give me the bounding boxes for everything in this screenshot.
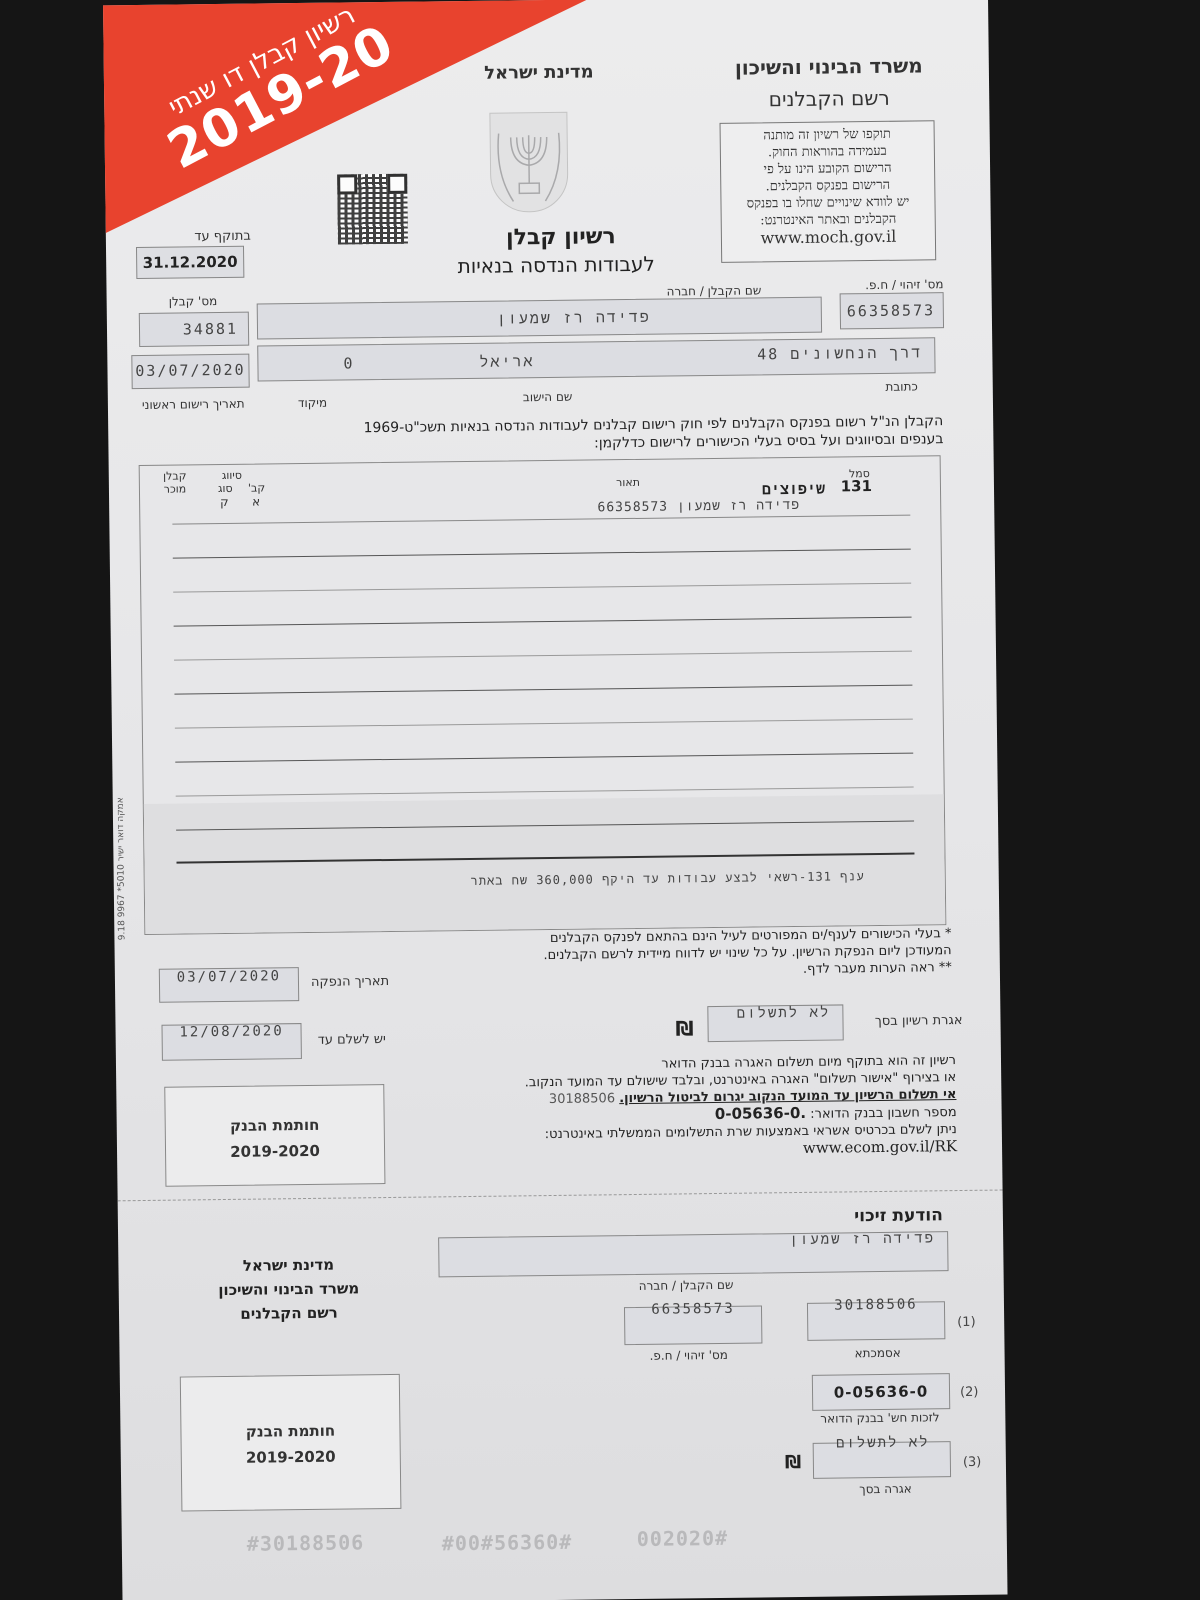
name-label: שם הקבלן / חברה [666, 283, 761, 298]
shekel-icon: ₪ [785, 1452, 802, 1473]
seller-header: קבלן מוכר [160, 469, 190, 495]
issue-date-field: 03/07/2020 [159, 967, 299, 1003]
issue-date-label: תאריך הנפקה [311, 974, 389, 990]
item-number: (2) [960, 1385, 979, 1400]
address-label: כתובת [885, 379, 917, 393]
type-header: סוג [218, 482, 233, 495]
qr-code [337, 174, 408, 245]
qualified-person: פדידה רז שמעון 66358573 [597, 498, 800, 515]
id-field: 66358573 [840, 292, 944, 329]
branch-group: א [252, 495, 260, 509]
table-row [174, 617, 912, 627]
notice-line: יש לוודא שינויים שחלו בו בפנקס [721, 193, 934, 213]
credit-id-field: 66358573 [624, 1305, 762, 1345]
branch-type: ק [220, 495, 229, 509]
pay-by-field: 12/08/2020 [161, 1023, 301, 1061]
contractor-number-label: מס' קבלן [169, 294, 218, 309]
table-row [175, 753, 913, 763]
branch-description: שיפוצים [762, 480, 825, 500]
tear-line [118, 1190, 1003, 1202]
moch-url[interactable]: www.moch.gov.il [722, 227, 935, 247]
bank-stamp-years: 2019-2020 [166, 1137, 384, 1166]
payment-instructions: רשיון זה הוא בתוקף מיום תשלום האגרה בבנק… [396, 1052, 957, 1162]
table-row [172, 515, 910, 525]
state-emblem-icon [489, 112, 568, 213]
description-header: תאור [616, 476, 640, 489]
zip-label: מיקוד [298, 396, 327, 410]
registrar-name: רשם הקבלנים [729, 85, 929, 111]
ministry-name: משרד הבינוי והשיכון [719, 53, 939, 80]
credit-fee-label: אגרה בסך [859, 1482, 912, 1497]
first-registration-field: 03/07/2020 [131, 354, 249, 389]
bank-stamp-years: 2019-2020 [182, 1443, 400, 1472]
footnotes: * בעלי הכישורים לענף/ים המפורטים לעיל הי… [451, 925, 952, 982]
fee-field: לא לתשלום [707, 1004, 843, 1042]
id-label: מס' זיהוי / ח.פ. [865, 277, 943, 292]
table-row [173, 549, 911, 559]
bank-stamp-box: חותמת הבנק 2019-2020 [164, 1084, 385, 1187]
item-number: (3) [963, 1455, 982, 1470]
first-registration-label: תאריך רישום ראשוני [142, 397, 245, 412]
city-field: אריאל [479, 347, 534, 376]
license-title: רשיון קבלן [436, 223, 686, 251]
org-line: משרד הבינוי והשיכון [189, 1276, 389, 1302]
table-row [173, 583, 911, 593]
credit-name-field: פדידה רז שמעון [438, 1231, 948, 1277]
bank-stamp-label: חותמת הבנק [166, 1111, 384, 1140]
account-label: מספר חשבון בבנק הדואר: [810, 1105, 957, 1122]
valid-until-value: 31.12.2020 [136, 246, 244, 279]
city-label: שם הישוב [523, 390, 573, 405]
fee-label: אגרת רשיון בסך [875, 1013, 963, 1029]
shekel-icon: ₪ [675, 1016, 693, 1040]
license-document: רשיון קבלן דו שנתי 2019-20 משרד הבינוי ו… [103, 0, 1007, 1600]
branch-symbol: 131 [841, 477, 873, 495]
barcode-code: #00#56360# [442, 1530, 573, 1556]
table-row [174, 651, 912, 661]
registration-statement: הקבלן הנ"ל רשום בפנקס הקבלנים לפי חוק רי… [303, 412, 943, 456]
account-number: 0-05636-0. [715, 1104, 806, 1123]
state-name: מדינת ישראל [469, 61, 609, 84]
credit-reference-label: אסמכתא [854, 1346, 900, 1361]
pay-by-label: יש לשלם עד [318, 1032, 386, 1048]
zip-field: 0 [343, 349, 354, 377]
credit-account-label: לזכות חש' בבנק הדואר [820, 1410, 939, 1425]
classification-header: סיווג [222, 469, 242, 482]
org-line: רשם הקבלנים [189, 1300, 389, 1326]
credit-org-block: מדינת ישראל משרד הבינוי והשיכון רשם הקבל… [188, 1252, 389, 1326]
address-row: דרך הנחשונים 48 אריאל 0 [257, 337, 935, 381]
validity-notice: תוקפו של רשיון זה מותנה בעמידה בהוראות ה… [720, 120, 937, 263]
org-line: מדינת ישראל [188, 1252, 388, 1278]
branches-table: סמל תאור סיווג קב' סוג קבלן מוכר 131 שיפ… [139, 455, 947, 935]
credit-id-label: מס' זיהוי / ח.פ. [649, 1348, 727, 1363]
barcode-code: 002020# [637, 1526, 729, 1551]
payment-reference: 30188506 [549, 1091, 615, 1107]
credit-bank-stamp-box: חותמת הבנק 2019-2020 [180, 1374, 402, 1512]
credit-fee-field: לא לתשלום [813, 1441, 951, 1479]
table-lower-panel [144, 794, 946, 934]
valid-until-label: בתוקף עד [141, 229, 251, 245]
credit-account-field: 0-05636-0 [812, 1373, 950, 1411]
credit-reference-field: 30188506 [807, 1301, 945, 1341]
bank-stamp-label: חותמת הבנק [181, 1417, 399, 1446]
license-subtitle: לעבודות הנדסה בנאיות [406, 251, 706, 279]
credit-name-label: שם הקבלן / חברה [639, 1278, 734, 1293]
table-row [175, 719, 913, 729]
contractor-number-field: 34881 [139, 312, 249, 347]
name-field: פדידה רז שמעון [257, 297, 822, 340]
group-header: קב' [248, 481, 265, 494]
table-row [174, 685, 912, 695]
barcode-code: #30188506 [247, 1530, 365, 1555]
print-code: אמקה דואר ישיר 5010* 9967 9.18 [115, 770, 137, 940]
credit-notice-title: הודעת זיכוי [854, 1205, 943, 1226]
item-number: (1) [957, 1315, 976, 1330]
address-field: דרך הנחשונים 48 [757, 338, 922, 368]
